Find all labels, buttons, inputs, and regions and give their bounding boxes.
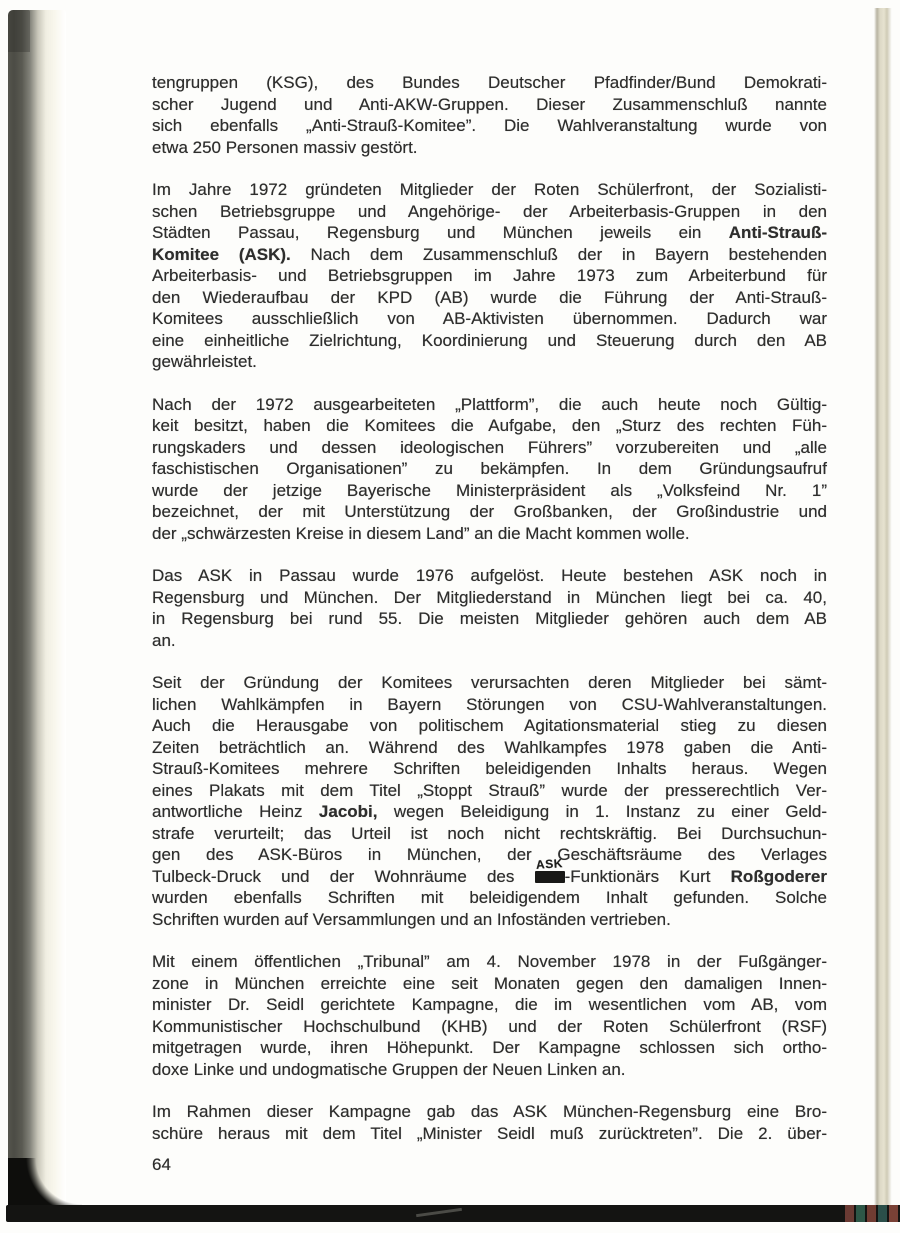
text-line: Städten Passau, Regensburg und München j… xyxy=(152,222,827,244)
book-binding-shadow xyxy=(8,10,66,1220)
paragraph: Seit der Gründung der Komitees verursach… xyxy=(152,672,827,930)
text-segment: Arbeiterbasis- und Betriebsgruppen im Ja… xyxy=(152,266,827,285)
text-segment: Schriften wurden auf Versammlungen und a… xyxy=(152,910,671,929)
text-segment: minister Dr. Seidl gerichtete Kampagne, … xyxy=(152,995,827,1014)
text-segment: Städten Passau, Regensburg und München j… xyxy=(152,223,729,242)
scan-color-marks xyxy=(843,1205,898,1222)
text-line: Nach der 1972 ausgearbeiteten „Plattform… xyxy=(152,394,827,416)
page-right-edge xyxy=(874,8,892,1216)
text-segment: schüre heraus mit dem Titel „Minister Se… xyxy=(152,1124,827,1143)
text-line: den Wiederaufbau der KPD (AB) wurde die … xyxy=(152,287,827,309)
text-line: Regensburg und München. Der Mitgliederst… xyxy=(152,587,827,609)
text-line: strafe verurteilt; das Urteil ist noch n… xyxy=(152,823,827,845)
text-line: Kommunistischer Hochschulbund (KHB) und … xyxy=(152,1016,827,1038)
bold-text: Roßgoderer xyxy=(731,867,827,886)
text-segment: Kommunistischer Hochschulbund (KHB) und … xyxy=(152,1017,827,1036)
bottom-scan-bar xyxy=(6,1205,900,1222)
text-segment: den Wiederaufbau der KPD (AB) wurde die … xyxy=(152,288,827,307)
text-line: antwortliche Heinz Jacobi, wegen Beleidi… xyxy=(152,801,827,823)
text-line: wurde der jetzige Bayerische Ministerprä… xyxy=(152,480,827,502)
scan-color-mark xyxy=(889,1205,898,1222)
text-segment: Strauß-Komitees mehrere Schriften beleid… xyxy=(152,759,827,778)
text-line: an. xyxy=(152,630,827,652)
text-segment: mitgetragen wurde, ihren Höhepunkt. Der … xyxy=(152,1038,827,1057)
text-line: zone in München erreichte eine seit Mona… xyxy=(152,973,827,995)
text-line: Auch die Herausgabe von politischem Agit… xyxy=(152,715,827,737)
text-line: Arbeiterbasis- und Betriebsgruppen im Ja… xyxy=(152,265,827,287)
text-line: Schriften wurden auf Versammlungen und a… xyxy=(152,909,827,931)
text-segment: Regensburg und München. Der Mitgliederst… xyxy=(152,588,827,607)
text-line: gen des ASK-Büros in München, der Geschä… xyxy=(152,844,827,866)
text-segment: Komitees ausschließlich von AB-Aktiviste… xyxy=(152,309,827,328)
text-line: rungskaders und dessen ideologischen Füh… xyxy=(152,437,827,459)
text-line: lichen Wahlkämpfen in Bayern Störungen v… xyxy=(152,694,827,716)
text-segment: scher Jugend und Anti-AKW-Gruppen. Diese… xyxy=(152,95,827,114)
text-segment: gewährleistet. xyxy=(152,352,257,371)
text-segment: wegen Beleidigung in 1. Instanz zu einer… xyxy=(378,802,827,821)
scan-color-mark xyxy=(845,1205,854,1222)
text-line: eine einheitliche Zielrichtung, Koordini… xyxy=(152,330,827,352)
text-line: Strauß-Komitees mehrere Schriften beleid… xyxy=(152,758,827,780)
bold-text: Jacobi, xyxy=(319,802,378,821)
paragraph: tengruppen (KSG), des Bundes Deutscher P… xyxy=(152,72,827,158)
text-line: doxe Linke und undogmatische Gruppen der… xyxy=(152,1059,827,1081)
text-line: keit besitzt, haben die Komitees die Auf… xyxy=(152,415,827,437)
text-line: minister Dr. Seidl gerichtete Kampagne, … xyxy=(152,994,827,1016)
text-line: Im Rahmen dieser Kampagne gab das ASK Mü… xyxy=(152,1101,827,1123)
text-segment: Auch die Herausgabe von politischem Agit… xyxy=(152,716,827,735)
bold-text: Anti-Strauß- xyxy=(729,223,827,242)
text-segment: lichen Wahlkämpfen in Bayern Störungen v… xyxy=(152,695,827,714)
text-segment: faschistischen Organisationen” zu bekämp… xyxy=(152,459,827,478)
text-segment: doxe Linke und undogmatische Gruppen der… xyxy=(152,1060,626,1079)
text-segment: Tulbeck-Druck und der Wohnräume des xyxy=(152,867,535,886)
text-line: wurden ebenfalls Schriften mit beleidige… xyxy=(152,887,827,909)
text-segment: in Regensburg bei rund 55. Die meisten M… xyxy=(152,609,827,628)
text-segment: Mit einem öffentlichen „Tribunal” am 4. … xyxy=(152,952,827,971)
text-line: eines Plakats mit dem Titel „Stoppt Stra… xyxy=(152,780,827,802)
text-line: Zeiten beträchtlich an. Während des Wahl… xyxy=(152,737,827,759)
text-line: mitgetragen wurde, ihren Höhepunkt. Der … xyxy=(152,1037,827,1059)
page-corner-shadow xyxy=(8,1158,82,1206)
paragraph: Im Jahre 1972 gründeten Mitglieder der R… xyxy=(152,179,827,373)
scanned-book-page: tengruppen (KSG), des Bundes Deutscher P… xyxy=(0,0,900,1233)
text-segment: Nach dem Zusammenschluß der in Bayern be… xyxy=(291,245,827,264)
scan-color-mark xyxy=(856,1205,865,1222)
text-segment: wurden ebenfalls Schriften mit beleidige… xyxy=(152,888,827,907)
text-segment: Im Rahmen dieser Kampagne gab das ASK Mü… xyxy=(152,1102,827,1121)
text-segment: Im Jahre 1972 gründeten Mitglieder der R… xyxy=(152,180,827,199)
scan-color-mark xyxy=(867,1205,876,1222)
text-line: etwa 250 Personen massiv gestört. xyxy=(152,137,827,159)
text-line: schen Betriebsgruppe und Angehörige- der… xyxy=(152,201,827,223)
text-segment: tengruppen (KSG), des Bundes Deutscher P… xyxy=(152,73,827,92)
text-line: Seit der Gründung der Komitees verursach… xyxy=(152,672,827,694)
text-line: Im Jahre 1972 gründeten Mitglieder der R… xyxy=(152,179,827,201)
text-segment: zone in München erreichte eine seit Mona… xyxy=(152,974,827,993)
text-segment: gen des ASK-Büros in München, der Geschä… xyxy=(152,845,827,864)
text-segment: etwa 250 Personen massiv gestört. xyxy=(152,138,418,157)
text-segment: sich ebenfalls „Anti-Strauß-Komitee”. Di… xyxy=(152,116,827,135)
paragraph: Mit einem öffentlichen „Tribunal” am 4. … xyxy=(152,951,827,1080)
redaction-mark: ASK xyxy=(535,871,565,883)
text-line: in Regensburg bei rund 55. Die meisten M… xyxy=(152,608,827,630)
text-line: Komitee (ASK). Nach dem Zusammenschluß d… xyxy=(152,244,827,266)
text-line: schüre heraus mit dem Titel „Minister Se… xyxy=(152,1123,827,1145)
text-line: tengruppen (KSG), des Bundes Deutscher P… xyxy=(152,72,827,94)
text-segment: eines Plakats mit dem Titel „Stoppt Stra… xyxy=(152,781,827,800)
text-line: Komitees ausschließlich von AB-Aktiviste… xyxy=(152,308,827,330)
text-segment: schen Betriebsgruppe und Angehörige- der… xyxy=(152,202,827,221)
text-segment: Das ASK in Passau wurde 1976 aufgelöst. … xyxy=(152,566,827,585)
text-segment: bezeichnet, der mit Unterstützung der Gr… xyxy=(152,502,827,521)
text-segment: Zeiten beträchtlich an. Während des Wahl… xyxy=(152,738,827,757)
text-segment: antwortliche Heinz xyxy=(152,802,319,821)
bold-text: Komitee (ASK). xyxy=(152,245,291,264)
text-line: Tulbeck-Druck und der Wohnräume des ASK-… xyxy=(152,866,827,888)
paragraph: Das ASK in Passau wurde 1976 aufgelöst. … xyxy=(152,565,827,651)
text-segment: an. xyxy=(152,631,176,650)
text-line: Das ASK in Passau wurde 1976 aufgelöst. … xyxy=(152,565,827,587)
text-segment: rungskaders und dessen ideologischen Füh… xyxy=(152,438,827,457)
text-block: tengruppen (KSG), des Bundes Deutscher P… xyxy=(152,72,827,1165)
text-segment: -Funktionärs Kurt xyxy=(565,867,731,886)
text-line: bezeichnet, der mit Unterstützung der Gr… xyxy=(152,501,827,523)
text-segment: eine einheitliche Zielrichtung, Koordini… xyxy=(152,331,827,350)
paragraph: Nach der 1972 ausgearbeiteten „Plattform… xyxy=(152,394,827,545)
text-segment: keit besitzt, haben die Komitees die Auf… xyxy=(152,416,827,435)
text-line: faschistischen Organisationen” zu bekämp… xyxy=(152,458,827,480)
text-line: Mit einem öffentlichen „Tribunal” am 4. … xyxy=(152,951,827,973)
text-line: der „schwärzesten Kreise in diesem Land”… xyxy=(152,523,827,545)
text-segment: Nach der 1972 ausgearbeiteten „Plattform… xyxy=(152,395,827,414)
text-line: scher Jugend und Anti-AKW-Gruppen. Diese… xyxy=(152,94,827,116)
scan-scratch-mark xyxy=(416,1208,462,1217)
text-segment: der „schwärzesten Kreise in diesem Land”… xyxy=(152,524,690,543)
text-segment: Seit der Gründung der Komitees verursach… xyxy=(152,673,827,692)
handwritten-ask-annotation: ASK xyxy=(535,857,563,871)
text-segment: wurde der jetzige Bayerische Ministerprä… xyxy=(152,481,827,500)
paragraph: Im Rahmen dieser Kampagne gab das ASK Mü… xyxy=(152,1101,827,1144)
text-segment: strafe verurteilt; das Urteil ist noch n… xyxy=(152,824,827,843)
text-line: sich ebenfalls „Anti-Strauß-Komitee”. Di… xyxy=(152,115,827,137)
page-number: 64 xyxy=(152,1154,171,1176)
scan-color-mark xyxy=(878,1205,887,1222)
text-line: gewährleistet. xyxy=(152,351,827,373)
